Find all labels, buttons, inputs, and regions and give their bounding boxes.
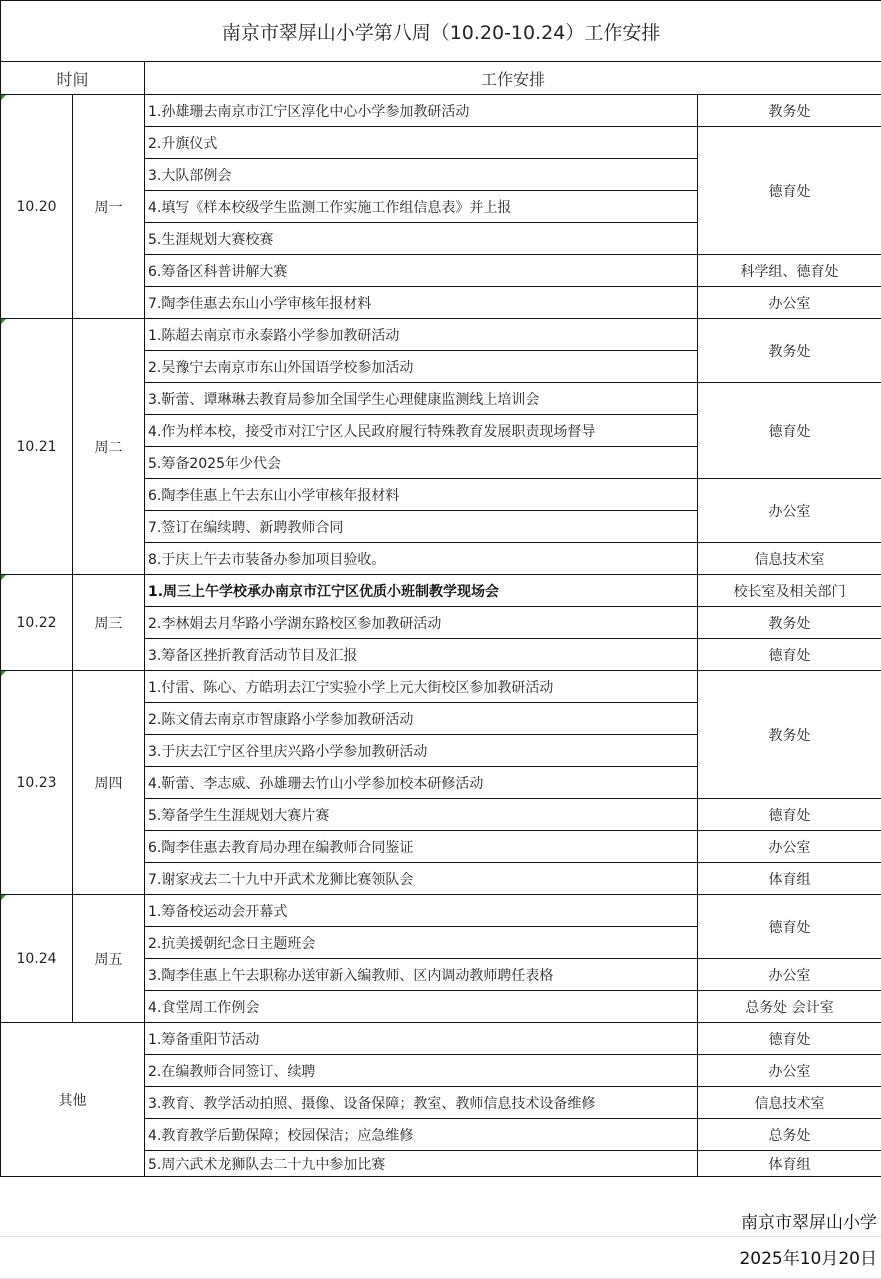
footer-school: 南京市翠屏山小学 [0,1210,881,1237]
date-cell: 10.24 [1,895,73,1023]
department-cell: 体育组 [698,1151,881,1177]
table-row: 10.24周五1.筹备校运动会开幕式德育处 [1,895,881,927]
department-cell: 德育处 [698,383,881,479]
department-cell: 办公室 [698,479,881,543]
weekday-cell: 周三 [73,575,145,671]
weekday-cell: 周五 [73,895,145,1023]
department-cell: 科学组、德育处 [698,255,881,287]
task-item: 3.陶李佳惠上午去职称办送审新入编教师、区内调动教师聘任表格 [145,959,698,991]
task-item: 6.陶李佳惠上午去东山小学审核年报材料 [145,479,698,511]
department-cell: 体育组 [698,863,881,895]
date-cell: 10.20 [1,95,73,319]
task-item: 5.筹备2025年少代会 [145,447,698,479]
task-item: 1.孙雄珊去南京市江宁区淳化中心小学参加教研活动 [145,95,698,127]
footer-date: 2025年10月20日 [0,1237,881,1279]
department-cell: 德育处 [698,895,881,959]
page-title: 南京市翠屏山小学第八周（10.20-10.24）工作安排 [1,1,881,62]
task-item: 3.靳蕾、谭琳琳去教育局参加全国学生心理健康监测线上培训会 [145,383,698,415]
department-cell: 德育处 [698,127,881,255]
task-item: 4.食堂周工作例会 [145,991,698,1023]
table-row: 10.21周二1.陈超去南京市永泰路小学参加教研活动教务处 [1,319,881,351]
task-item: 3.大队部例会 [145,159,698,191]
task-item: 5.周六武术龙狮队去二十九中参加比赛 [145,1151,698,1177]
weekday-cell: 周四 [73,671,145,895]
department-cell: 办公室 [698,1055,881,1087]
task-item: 1.筹备重阳节活动 [145,1023,698,1055]
task-item: 3.筹备区挫折教育活动节目及汇报 [145,639,698,671]
department-cell: 信息技术室 [698,1087,881,1119]
task-item: 2.升旗仪式 [145,127,698,159]
department-cell: 办公室 [698,287,881,319]
task-item: 8.于庆上午去市装备办参加项目验收。 [145,543,698,575]
task-item: 5.筹备学生生涯规划大赛片赛 [145,799,698,831]
table-row: 其他1.筹备重阳节活动德育处 [1,1023,881,1055]
task-item: 1.筹备校运动会开幕式 [145,895,698,927]
task-item: 1.付雷、陈心、方皓玥去江宁实验小学上元大街校区参加教研活动 [145,671,698,703]
task-item: 2.李林娟去月华路小学湖东路校区参加教研活动 [145,607,698,639]
task-item: 2.陈文倩去南京市智康路小学参加教研活动 [145,703,698,735]
header-time: 时间 [1,62,145,95]
task-item: 7.陶李佳惠去东山小学审核年报材料 [145,287,698,319]
table-row: 10.20周一1.孙雄珊去南京市江宁区淳化中心小学参加教研活动教务处 [1,95,881,127]
department-cell: 教务处 [698,319,881,383]
task-item: 1.陈超去南京市永泰路小学参加教研活动 [145,319,698,351]
task-item: 6.陶李佳惠去教育局办理在编教师合同鉴证 [145,831,698,863]
task-item: 7.签订在编续聘、新聘教师合同 [145,511,698,543]
department-cell: 总务处 [698,1119,881,1151]
task-item: 7.谢家戎去二十九中开武术龙狮比赛领队会 [145,863,698,895]
weekday-cell: 周二 [73,319,145,575]
task-item: 2.吴豫宁去南京市东山外国语学校参加活动 [145,351,698,383]
department-cell: 德育处 [698,799,881,831]
task-item: 2.抗美援朝纪念日主题班会 [145,927,698,959]
schedule-table: 南京市翠屏山小学第八周（10.20-10.24）工作安排 时间 工作安排 10.… [0,0,881,1177]
header-arrangement: 工作安排 [145,62,881,95]
department-cell: 办公室 [698,959,881,991]
weekday-cell: 周一 [73,95,145,319]
department-cell: 教务处 [698,607,881,639]
department-cell: 校长室及相关部门 [698,575,881,607]
department-cell: 教务处 [698,671,881,799]
date-cell: 10.21 [1,319,73,575]
date-cell: 10.22 [1,575,73,671]
table-row: 10.23周四1.付雷、陈心、方皓玥去江宁实验小学上元大街校区参加教研活动教务处 [1,671,881,703]
department-cell: 总务处 会计室 [698,991,881,1023]
task-item: 4.靳蕾、李志威、孙雄珊去竹山小学参加校本研修活动 [145,767,698,799]
task-item: 6.筹备区科普讲解大赛 [145,255,698,287]
task-item: 4.教育教学后勤保障；校园保洁；应急维修 [145,1119,698,1151]
department-cell: 教务处 [698,95,881,127]
department-cell: 信息技术室 [698,543,881,575]
date-cell: 10.23 [1,671,73,895]
task-item: 3.教育、教学活动拍照、摄像、设备保障；教室、教师信息技术设备维修 [145,1087,698,1119]
department-cell: 德育处 [698,1023,881,1055]
task-item: 5.生涯规划大赛校赛 [145,223,698,255]
task-item: 4.作为样本校，接受市对江宁区人民政府履行特殊教育发展职责现场督导 [145,415,698,447]
department-cell: 办公室 [698,831,881,863]
other-label: 其他 [1,1023,145,1177]
task-item: 3.于庆去江宁区谷里庆兴路小学参加教研活动 [145,735,698,767]
table-row: 10.22周三1.周三上午学校承办南京市江宁区优质小班制教学现场会校长室及相关部… [1,575,881,607]
department-cell: 德育处 [698,639,881,671]
task-item: 2.在编教师合同签订、续聘 [145,1055,698,1087]
task-item: 4.填写《样本校级学生监测工作实施工作组信息表》并上报 [145,191,698,223]
task-item: 1.周三上午学校承办南京市江宁区优质小班制教学现场会 [145,575,698,607]
